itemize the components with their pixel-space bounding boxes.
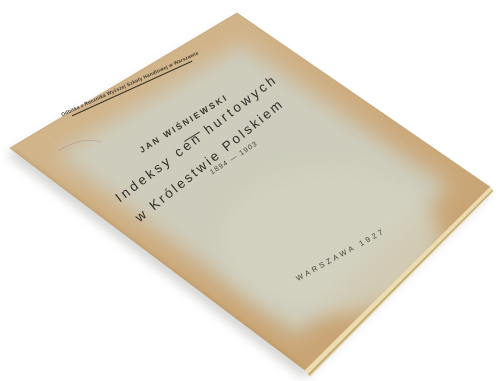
book-photo-canvas: Odbitka z Rocznika Wyższej Szkoły Handlo… [0,0,500,381]
photo-of-book-cover: Odbitka z Rocznika Wyższej Szkoły Handlo… [0,0,500,381]
